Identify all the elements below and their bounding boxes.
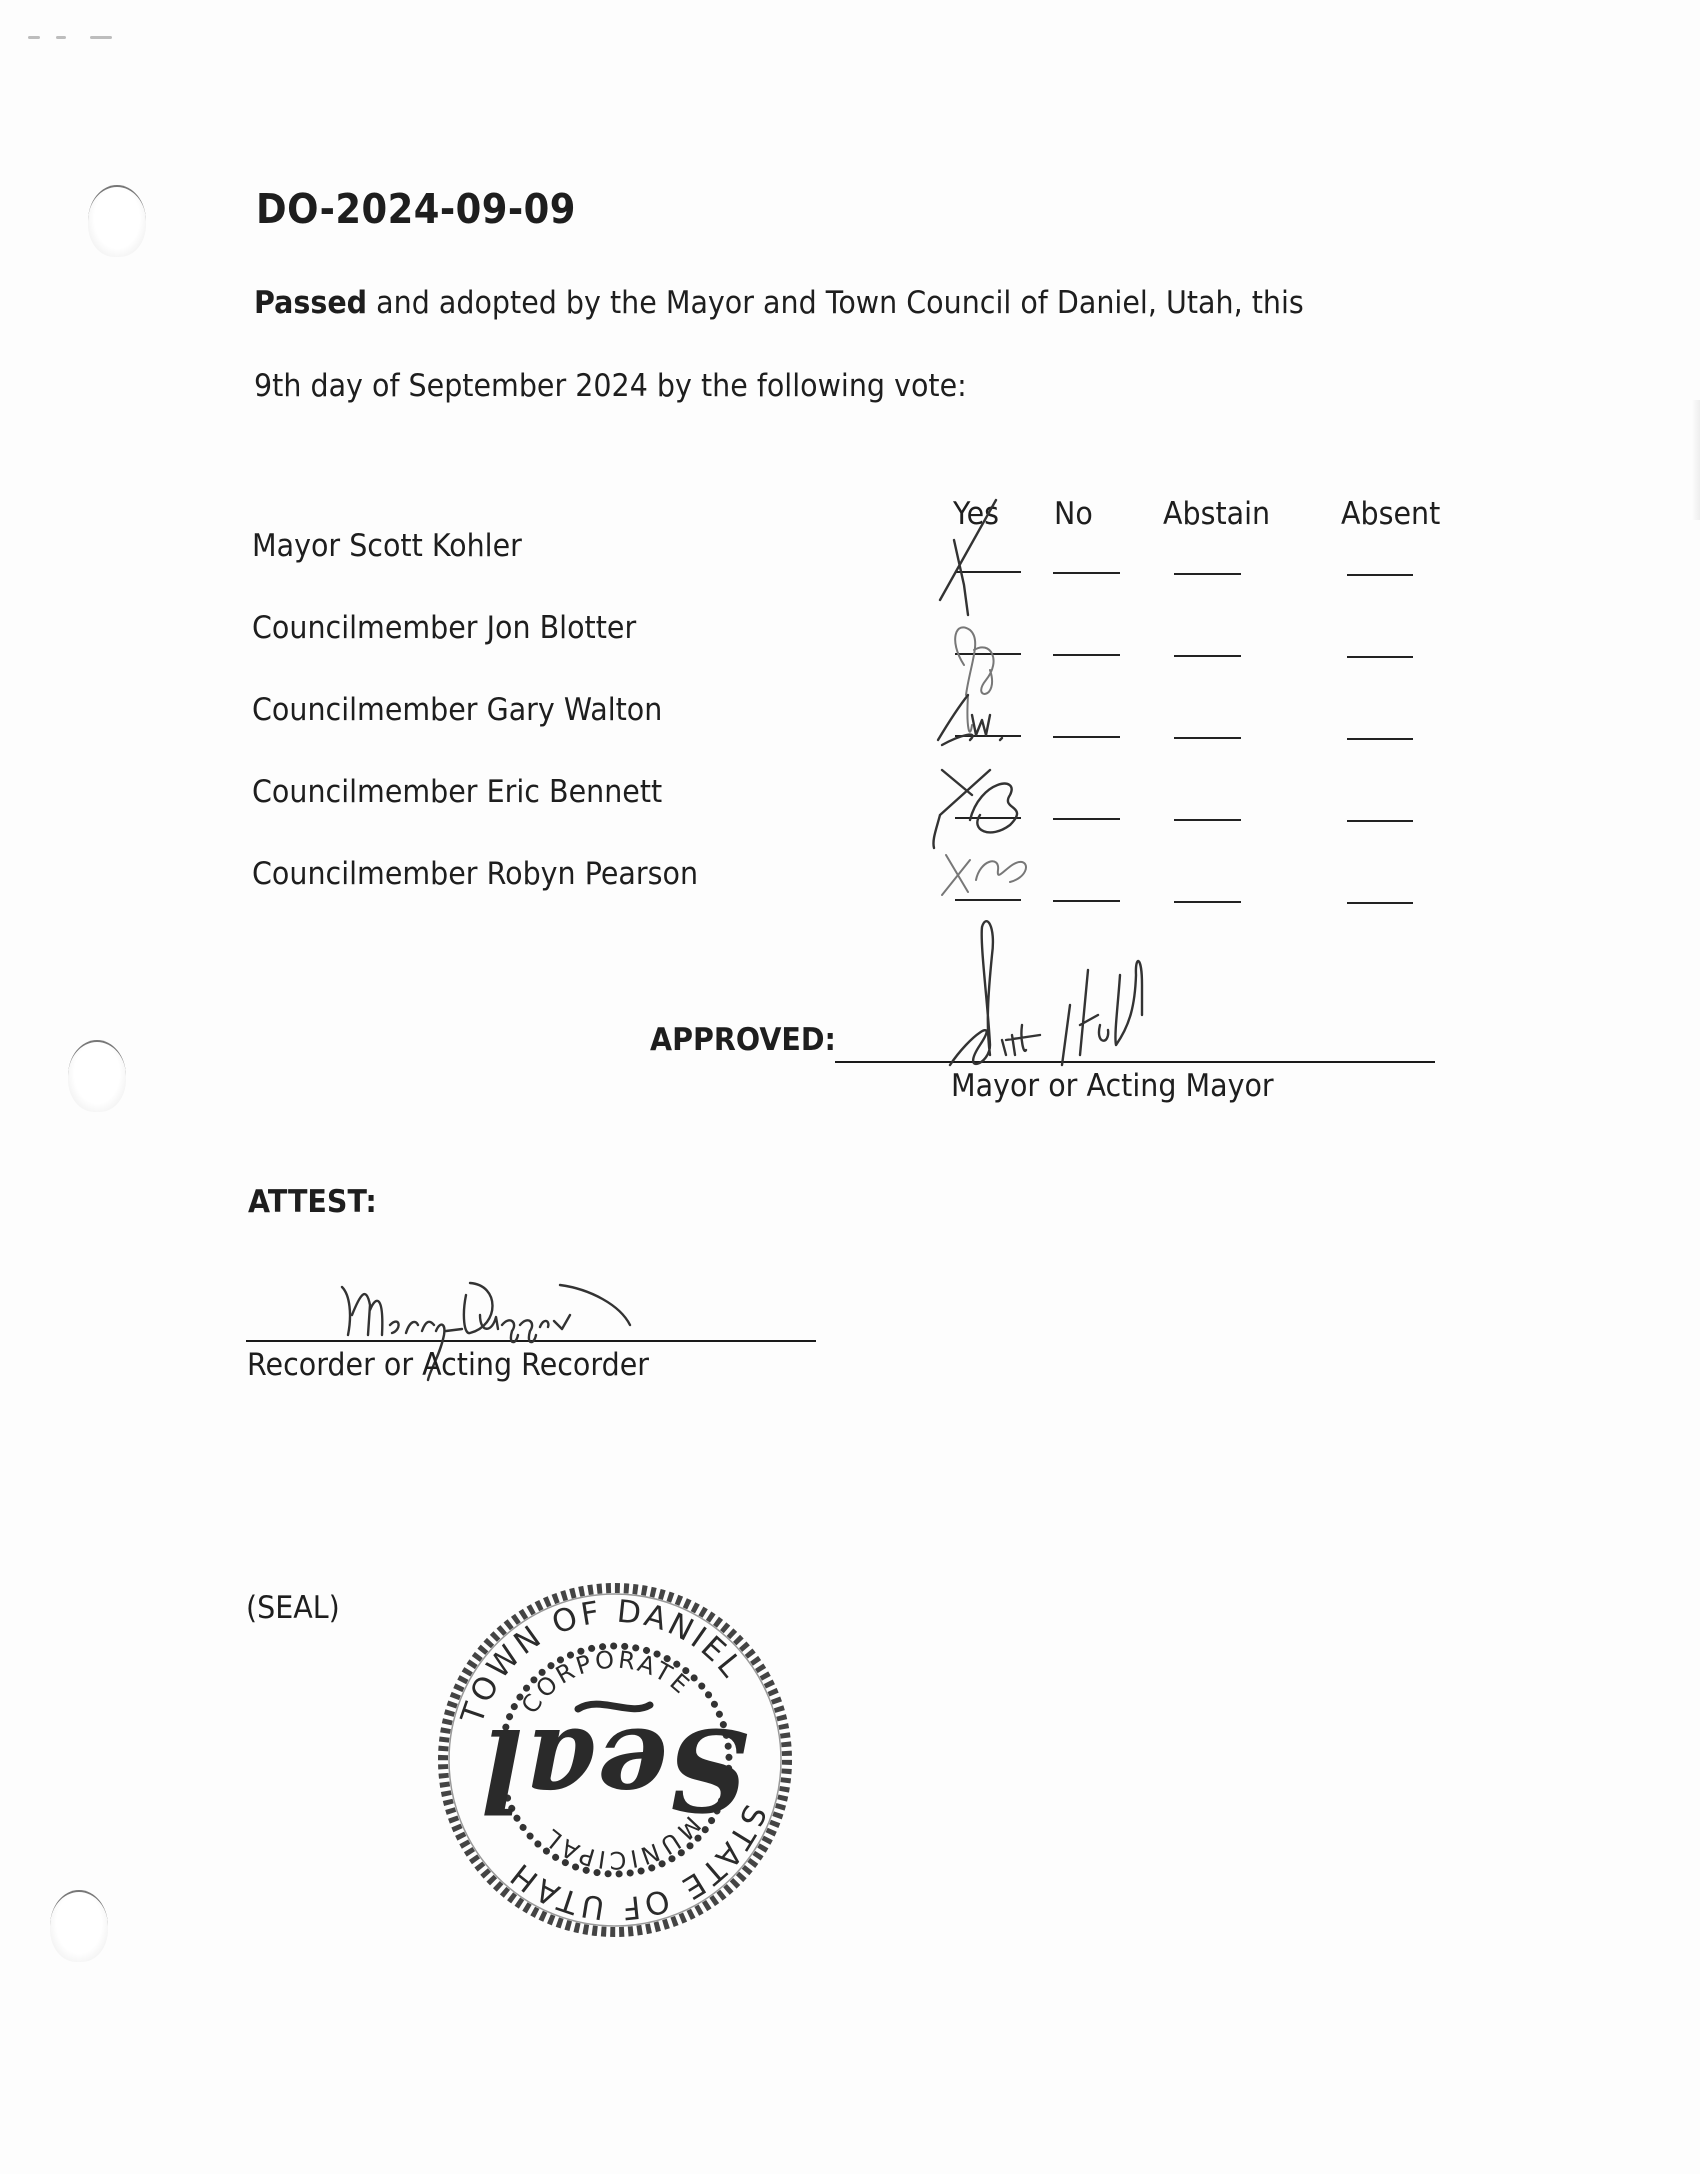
vote-blank-abstain [1174, 819, 1241, 821]
column-header-abstain: Abstain [1163, 496, 1270, 532]
approved-label: APPROVED: [650, 1022, 836, 1058]
seal-label: (SEAL) [246, 1590, 340, 1626]
punch-hole [68, 1040, 126, 1112]
voter-name: Councilmember Eric Bennett [252, 774, 662, 810]
adoption-paragraph-line2: 9th day of September 2024 by the followi… [254, 368, 967, 404]
vote-blank-absent [1347, 574, 1413, 576]
vote-blank-absent [1347, 738, 1413, 740]
document-number: DO-2024-09-09 [256, 185, 576, 233]
recorder-caption: Recorder or Acting Recorder [247, 1347, 649, 1383]
scan-artifact [28, 30, 128, 44]
adoption-paragraph-line1: Passed and adopted by the Mayor and Town… [254, 285, 1304, 321]
column-header-absent: Absent [1341, 496, 1440, 532]
vote-blank-absent [1347, 820, 1413, 822]
seal-center-text: Seal [481, 1703, 748, 1834]
vote-blank-absent [1347, 656, 1413, 658]
voter-name: Councilmember Robyn Pearson [252, 856, 698, 892]
vote-blank-abstain [1174, 573, 1241, 575]
vote-blank-absent [1347, 902, 1413, 904]
punch-hole [50, 1890, 108, 1962]
vote-blank-abstain [1174, 737, 1241, 739]
passed-label: Passed [254, 285, 367, 321]
vote-blank-abstain [1174, 901, 1241, 903]
voter-name: Mayor Scott Kohler [252, 528, 522, 564]
page-edge-shadow [1692, 400, 1700, 520]
attest-label: ATTEST: [248, 1184, 377, 1220]
town-seal: STATE OF UTAH TOWN OF DANIEL MUNICIPAL C… [430, 1575, 800, 1945]
vote-marks [930, 490, 1080, 910]
vote-blank-abstain [1174, 655, 1241, 657]
vote-mark-x [940, 500, 996, 615]
punch-hole [88, 185, 146, 257]
mayor-signature [930, 915, 1250, 1075]
mayor-caption: Mayor or Acting Mayor [951, 1068, 1274, 1104]
voter-name: Councilmember Jon Blotter [252, 610, 636, 646]
voter-name: Councilmember Gary Walton [252, 692, 662, 728]
